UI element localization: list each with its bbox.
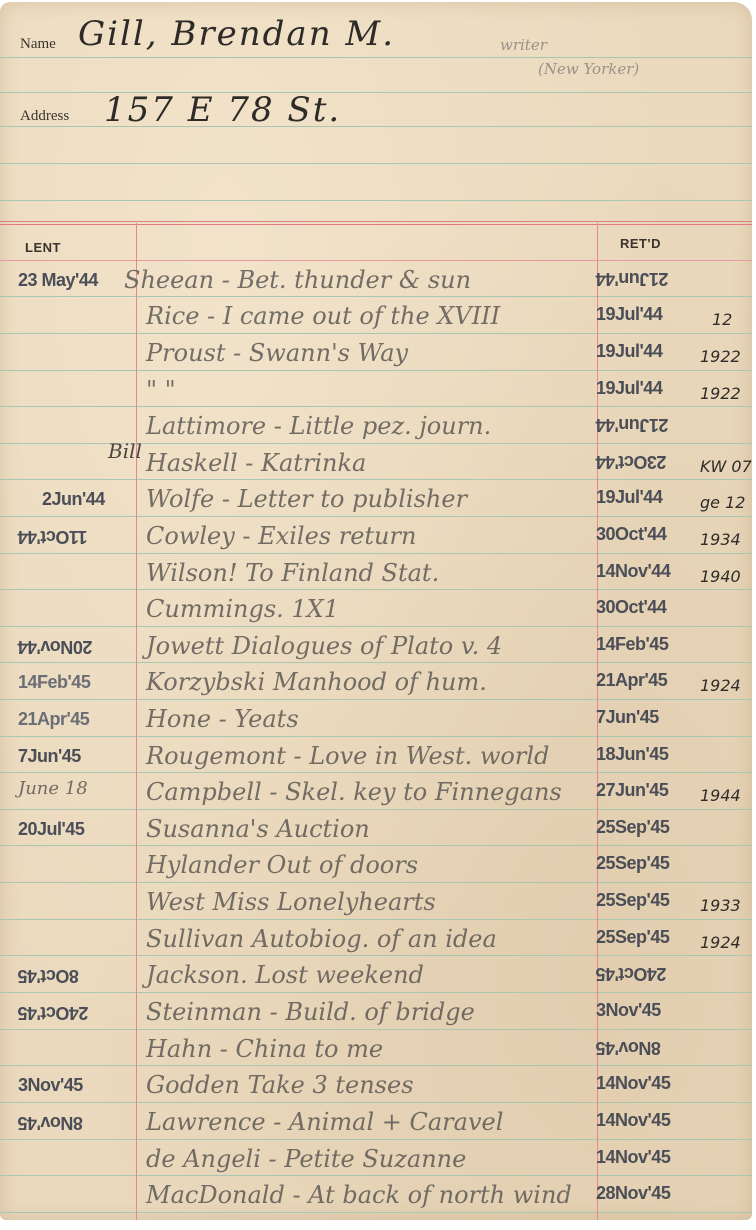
- lent-date-stamp: 8Nov'45: [18, 1112, 83, 1133]
- returned-note: 1922: [700, 347, 741, 366]
- returned-note: KW 07: [700, 457, 752, 476]
- returned-date-stamp: 14Nov'44: [596, 561, 670, 582]
- book-title: Godden Take 3 tenses: [146, 1071, 414, 1099]
- returned-date-stamp: 25Sep'45: [596, 890, 669, 911]
- column-head-rule: [0, 260, 752, 261]
- name-note-employer: (New Yorker): [538, 60, 639, 78]
- book-title: Lawrence - Animal + Caravel: [146, 1108, 503, 1136]
- returned-note: 1924: [700, 676, 741, 695]
- header-rule: [0, 224, 752, 225]
- address-label: Address: [20, 108, 69, 125]
- returned-date-stamp: 19Jul'44: [596, 378, 662, 399]
- lent-date-stamp: 20Jul'45: [18, 819, 84, 840]
- book-title: Hahn - China to me: [146, 1035, 383, 1063]
- returned-date-stamp: 19Jul'44: [596, 487, 662, 508]
- book-title: Proust - Swann's Way: [146, 339, 408, 367]
- book-title: Korzybski Manhood of hum.: [146, 668, 487, 696]
- returned-note: 1933: [700, 896, 741, 915]
- returned-note: 12: [712, 310, 732, 329]
- book-title: Jowett Dialogues of Plato v. 4: [146, 632, 502, 660]
- lent-date-stamp: 2Jun'44: [42, 489, 105, 510]
- returned-date-stamp: 30Oct'44: [596, 524, 666, 545]
- returned-date-stamp: 19Jul'44: [596, 304, 662, 325]
- name-value: Gill, Brendan M.: [78, 14, 395, 54]
- lent-date-stamp: 23 May'44: [18, 270, 98, 291]
- name-note-occupation: writer: [500, 36, 547, 54]
- book-title: Sheean - Bet. thunder & sun: [124, 266, 471, 294]
- lent-date-stamp: 11Oct'44: [18, 526, 87, 547]
- book-title: Rougemont - Love in West. world: [146, 742, 549, 770]
- returned-date-stamp: 14Feb'45: [596, 634, 668, 655]
- returned-date-stamp: 28Nov'45: [596, 1183, 670, 1204]
- returned-date-stamp: 21Apr'45: [596, 670, 667, 691]
- returned-note: 1924: [700, 933, 741, 952]
- lent-margin-line: [136, 223, 137, 1220]
- book-title: Cummings. 1X1: [146, 595, 339, 623]
- returned-date-stamp: 25Sep'45: [596, 817, 669, 838]
- lent-date-stamp: 21Apr'45: [18, 709, 89, 730]
- returned-note: 1940: [700, 567, 741, 586]
- book-title: Susanna's Auction: [146, 815, 370, 843]
- book-title: Rice - I came out of the XVIII: [146, 302, 500, 330]
- book-title: Hylander Out of doors: [146, 851, 418, 879]
- ruled-line: [0, 57, 752, 58]
- book-title: de Angeli - Petite Suzanne: [146, 1145, 466, 1173]
- returned-date-stamp: 8Nov'45: [596, 1037, 661, 1058]
- returned-date-stamp: 24Oct'45: [596, 963, 666, 984]
- returned-date-stamp: 14Nov'45: [596, 1073, 670, 1094]
- lent-date-stamp: 3Nov'45: [18, 1075, 83, 1096]
- book-title: Hone - Yeats: [146, 705, 299, 733]
- lent-date-stamp: 8Oct'45: [18, 965, 79, 986]
- returned-date-stamp: 27Jun'45: [596, 780, 668, 801]
- returned-column-header: RET'D: [620, 236, 661, 251]
- lent-column-header: LENT: [25, 240, 61, 255]
- book-title: Sullivan Autobiog. of an idea: [146, 925, 497, 953]
- returned-date-stamp: 18Jun'45: [596, 744, 668, 765]
- returned-date-stamp: 25Sep'45: [596, 853, 669, 874]
- book-title: Wilson! To Finland Stat.: [146, 559, 439, 587]
- book-title: MacDonald - At back of north wind: [146, 1181, 572, 1209]
- header-rule: [0, 221, 752, 222]
- book-title: Jackson. Lost weekend: [146, 961, 424, 989]
- returned-note: 1922: [700, 384, 741, 403]
- ruled-line: [0, 163, 752, 164]
- book-title: Cowley - Exiles return: [146, 522, 416, 550]
- lent-note: Bill: [108, 439, 142, 463]
- returned-date-stamp: 30Oct'44: [596, 597, 666, 618]
- returned-date-stamp: 19Jul'44: [596, 341, 662, 362]
- book-title: Steinman - Build. of bridge: [146, 998, 475, 1026]
- returned-date-stamp: 23Oct'44: [596, 451, 666, 472]
- returned-date-stamp: 7Jun'45: [596, 707, 659, 728]
- lent-note: June 18: [18, 778, 88, 799]
- book-title: " ": [146, 376, 176, 404]
- library-card: Name Gill, Brendan M. writer (New Yorker…: [0, 2, 752, 1220]
- address-value: 157 E 78 St.: [104, 90, 341, 130]
- ruled-line: [0, 200, 752, 201]
- book-title: Haskell - Katrinka: [146, 449, 366, 477]
- name-label: Name: [20, 36, 56, 53]
- returned-date-stamp: 14Nov'45: [596, 1147, 670, 1168]
- book-title: Lattimore - Little pez. journ.: [146, 412, 491, 440]
- returned-note: ge 12: [700, 493, 745, 512]
- returned-date-stamp: 14Nov'45: [596, 1110, 670, 1131]
- returned-date-stamp: 3Nov'45: [596, 1000, 661, 1021]
- lent-date-stamp: 24Oct'45: [18, 1002, 88, 1023]
- returned-date-stamp: 21Jun'44: [596, 414, 668, 435]
- lent-date-stamp: 20Nov'44: [18, 636, 92, 657]
- book-title: Campbell - Skel. key to Finnegans: [146, 778, 562, 806]
- returned-note: 1934: [700, 530, 741, 549]
- returned-date-stamp: 21Jun'44: [596, 268, 668, 289]
- book-title: Wolfe - Letter to publisher: [146, 485, 467, 513]
- book-title: West Miss Lonelyhearts: [146, 888, 436, 916]
- returned-date-stamp: 25Sep'45: [596, 927, 669, 948]
- returned-note: 1944: [700, 786, 741, 805]
- lent-date-stamp: 14Feb'45: [18, 672, 90, 693]
- lent-date-stamp: 7Jun'45: [18, 746, 81, 767]
